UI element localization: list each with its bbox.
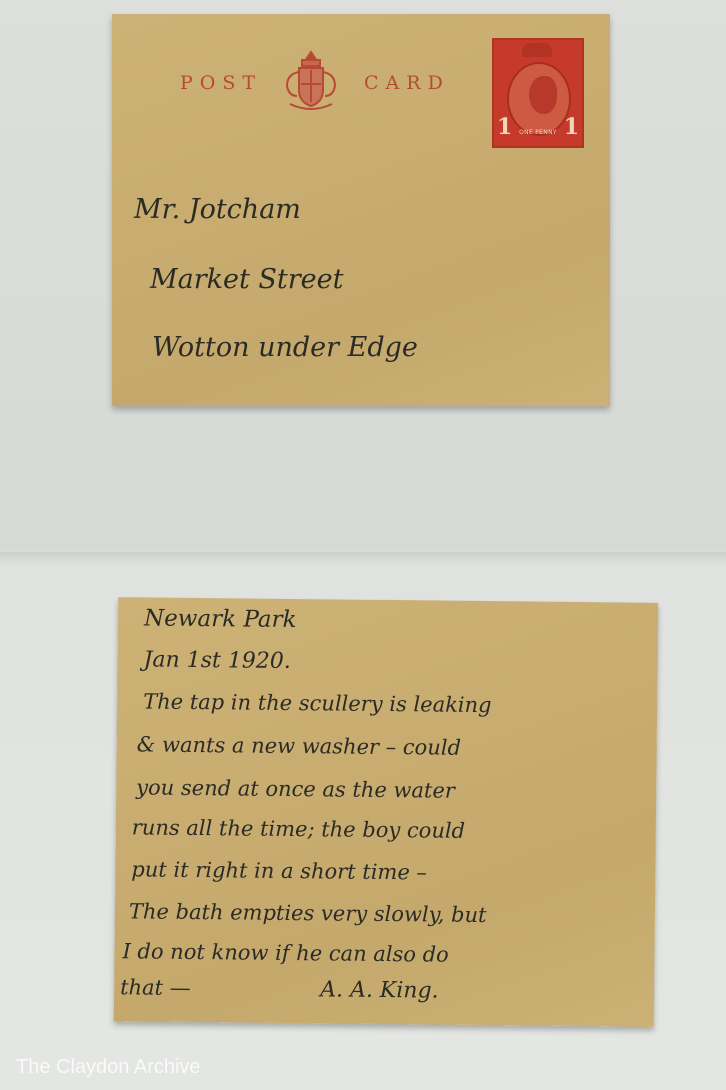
stamp-denomination-right: 1 [564,114,579,140]
crown-icon [522,43,552,57]
signature: A. A. King. [320,977,439,1003]
king-portrait-icon [529,76,557,114]
postcard-back: Newark Park Jan 1st 1920. The tap in the… [114,597,658,1027]
message-line: runs all the time; the boy could [132,815,465,842]
message-line: put it right in a short time – [131,857,427,884]
message-line: you send at once as the water [136,775,455,802]
address-street: Market Street [150,264,343,295]
postcard-front: POST CARD 1 ONE PENNY 1 Mr. Jotcham Mark… [112,14,610,406]
background-fold-shadow [0,552,726,564]
message-line: & wants a new washer – could [137,732,462,759]
stamp-value-text: ONE PENNY [512,129,564,136]
message-line: The bath empties very slowly, but [129,899,487,927]
card-heading: CARD [364,72,450,94]
address-town: Wotton under Edge [152,332,418,363]
archive-watermark: The Claydon Archive [16,1056,201,1079]
post-heading: POST [180,72,262,94]
stamp-denomination-left: 1 [497,114,512,140]
royal-crest-icon [282,48,340,114]
address-recipient: Mr. Jotcham [134,194,301,225]
one-penny-stamp: 1 ONE PENNY 1 [492,38,584,148]
message-line: The tap in the scullery is leaking [143,689,492,717]
message-location: Newark Park [144,605,297,633]
message-line: that — [120,975,191,1000]
message-line: I do not know if he can also do [122,939,448,966]
portrait-oval [507,62,571,136]
message-date: Jan 1st 1920. [143,647,290,674]
